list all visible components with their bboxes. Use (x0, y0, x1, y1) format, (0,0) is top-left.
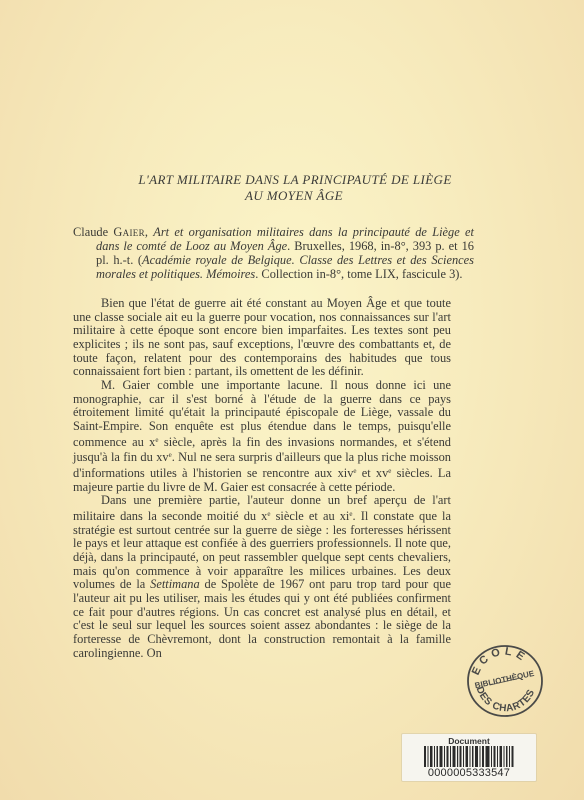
italic-title: Settimana (150, 577, 200, 591)
barcode-number: 0000005333547 (402, 767, 536, 779)
paragraph-1: Bien que l'état de guerre ait été consta… (73, 297, 451, 379)
collection-info: . Collection in-8°, tome LIX, fascicule … (255, 267, 462, 281)
article-title: L'ART MILITAIRE DANS LA PRINCIPAUTÉ DE L… (0, 172, 584, 204)
barcode-heading: Document (402, 736, 536, 746)
text-run: siècle et au xi (271, 509, 350, 523)
article-title-line-2: AU MOYEN ÂGE (0, 188, 584, 204)
article-title-line-1: L'ART MILITAIRE DANS LA PRINCIPAUTÉ DE L… (0, 172, 584, 188)
author-first-name: Claude (73, 225, 108, 239)
bibliographic-reference: Claude Gaier, Art et organisation milita… (73, 226, 474, 282)
scanned-page: L'ART MILITAIRE DANS LA PRINCIPAUTÉ DE L… (0, 0, 584, 800)
text-run: et xv (357, 466, 389, 480)
library-stamp: ECOLE BIBLIOTHÈQUE DES CHARTES (466, 644, 544, 718)
paragraph-3: Dans une première partie, l'auteur donne… (73, 494, 451, 660)
barcode-icon (424, 746, 514, 767)
review-body: Bien que l'état de guerre ait été consta… (73, 297, 451, 660)
stamp-seal-icon: ECOLE BIBLIOTHÈQUE DES CHARTES (466, 644, 544, 718)
barcode-label: Document 0000005333547 (402, 734, 536, 781)
author-last-name: Gaier (113, 225, 144, 239)
paragraph-2: M. Gaier comble une importante lacune. I… (73, 379, 451, 494)
